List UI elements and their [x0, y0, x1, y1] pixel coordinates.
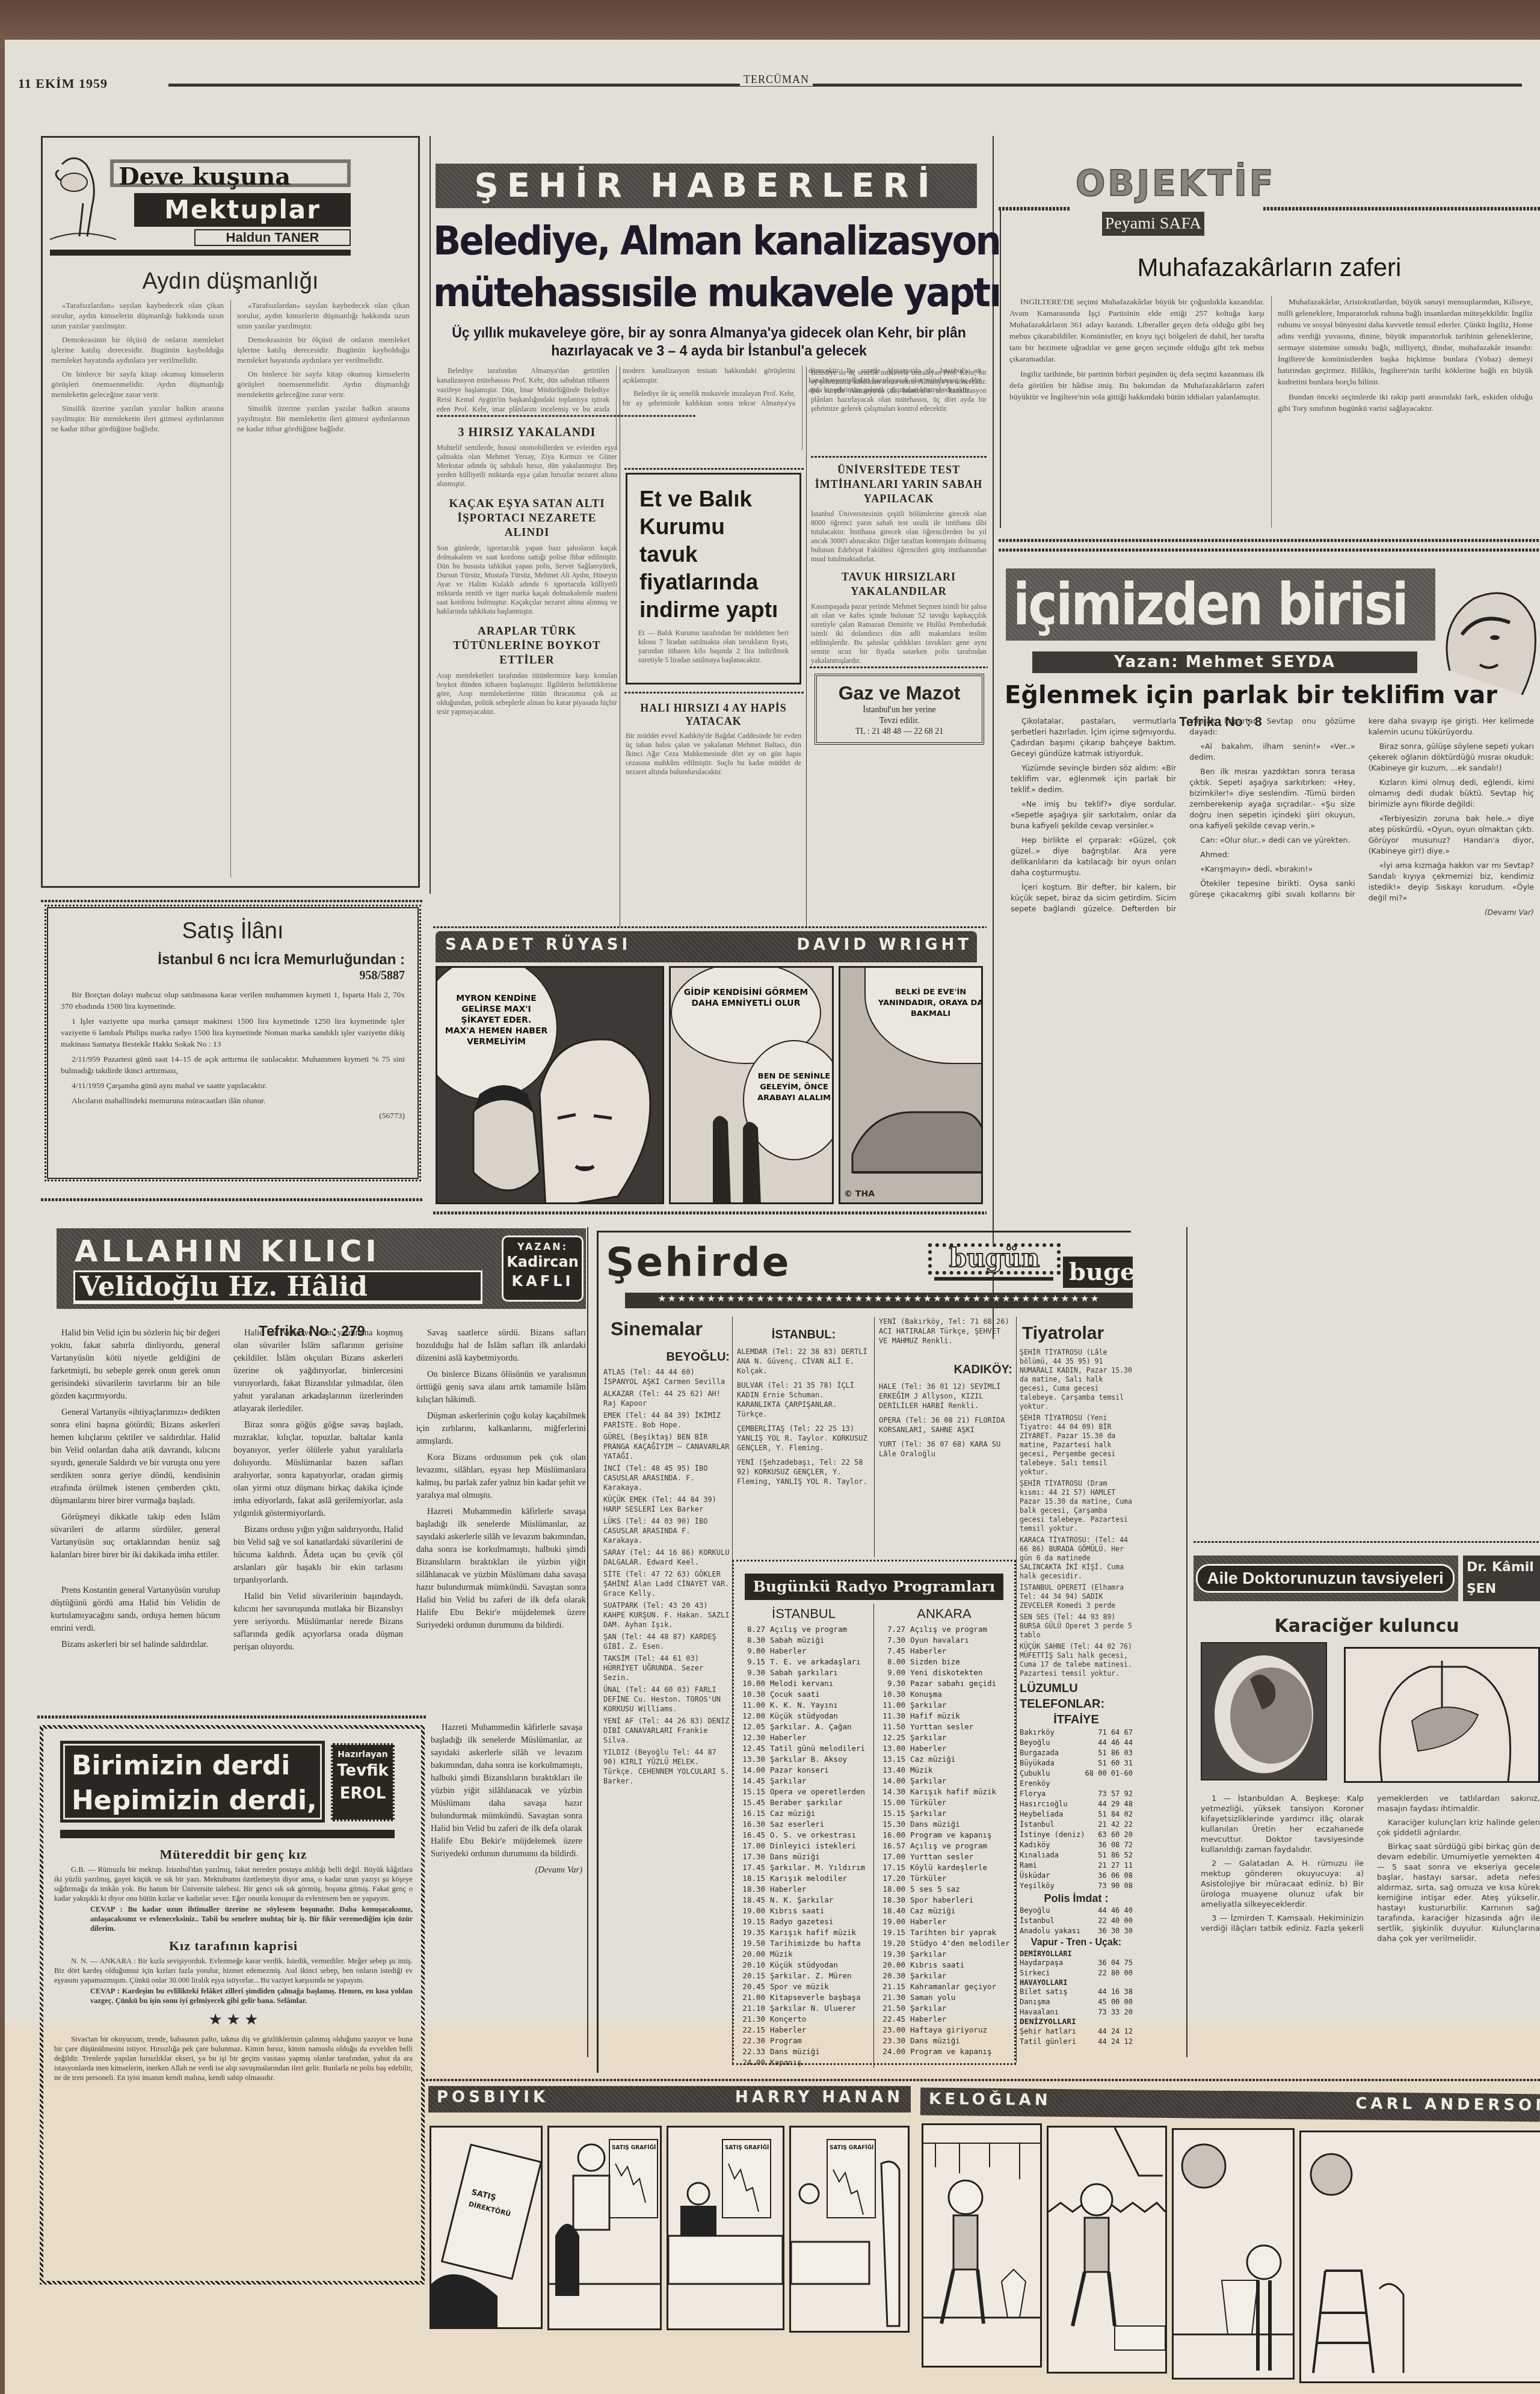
program-time: 22.33 — [736, 2046, 765, 2057]
district-heading: İSTANBUL: — [737, 1323, 870, 1347]
program-time: 9.00 — [876, 1667, 905, 1678]
box-headline: Et ve Balık Kurumu tavuk fiyatlarında in… — [627, 475, 799, 629]
office-scene-icon: SATIŞ GRAFİĞİ — [791, 2128, 908, 2331]
phone-row: Hasırcıoğlu44 29 48 — [1020, 1799, 1133, 1809]
program-time: 19.30 — [876, 1949, 905, 1960]
program-name: Müzik — [910, 1765, 933, 1776]
radio-program-row: 14.45Şarkılar — [736, 1776, 871, 1786]
cinema-entry: ATLAS (Tel: 44 44 60) İSPANYOL AŞKI Carm… — [603, 1367, 730, 1386]
program-time: 7.30 — [876, 1635, 905, 1646]
lead-headline-line: Belediye, Alman kanalizasyon — [433, 215, 942, 267]
radio-program-row: 17.20Türküler — [876, 1873, 1012, 1884]
cinema-entry: ÜNAL (Tel: 44 60 03) FARLI DEFİNE Cu. He… — [603, 1685, 730, 1714]
keloglan-ladder-icon — [1301, 2132, 1539, 2383]
keloglan-basket-icon — [1174, 2130, 1293, 2378]
program-time: 9.00 — [736, 1646, 765, 1657]
program-name: Çocuk saati — [770, 1689, 820, 1700]
paragraph: Bir Borçtan dolayı mahcuz olup satılması… — [61, 989, 405, 1012]
radio-ankara: ANKARA 7.27Açılış ve program7.30Oyun hav… — [874, 1604, 1014, 2068]
radio-program-row: 12.00Küçük stüdyodan — [736, 1711, 871, 1722]
radio-program-row: 8.27Açılış ve program — [736, 1624, 871, 1635]
district-heading: KADIKÖY: — [879, 1358, 1012, 1382]
hali-hirsizi-story: HALI HIRSIZI 4 AY HAPİS YATACAK Bir müdd… — [626, 697, 801, 777]
story-body: Son günlerde, işportacılık yapan bazı şa… — [437, 544, 617, 616]
program-name: Şarkılar — [910, 1971, 946, 1981]
program-name: Haberler — [770, 1646, 806, 1657]
program-name: Yurttan sesler — [910, 1851, 973, 1862]
program-time: 17.20 — [876, 1873, 905, 1884]
phone-number: 36 06 08 — [1098, 1871, 1133, 1881]
program-name: Şarkılar — [770, 1776, 806, 1786]
comic-panel — [1047, 2126, 1167, 2374]
phone-row: Burgazada51 86 03 — [1020, 1748, 1133, 1758]
theatre-entry: ŞEHİR TİYATROSU (Lâle bölümü, 44 35 95) … — [1020, 1348, 1133, 1411]
radio-schedule: 8.27Açılış ve program8.30Sabah müziği9.0… — [736, 1624, 871, 2068]
phones-heading: LÜZUMLU TELEFONLAR: — [1020, 1681, 1133, 1712]
program-time: 16.45 — [736, 1830, 765, 1841]
program-name: Yurttan sesler — [910, 1722, 973, 1732]
gaz-mazot-ad: Gaz ve Mazot İstanbul'un her yerine Tevz… — [815, 674, 984, 745]
program-name: Şarkılar — [910, 1949, 946, 1960]
phone-label: Bakırköy — [1020, 1728, 1055, 1738]
paragraph: Halid bin Velid ve onun yardımına koşmuş… — [233, 1327, 403, 1415]
radio-program-row: 17.00Dinleyici istekleri — [736, 1841, 871, 1851]
column-rule — [806, 367, 807, 926]
theatre-entry: KARACA TİYATROSU: (Tel: 44 66 86) BURADA… — [1020, 1536, 1133, 1581]
program-time: 18.30 — [736, 1884, 765, 1895]
air-heading: HAVAYOLLARI — [1020, 1978, 1133, 1987]
program-time: 12.25 — [876, 1732, 905, 1743]
program-name: Şarkılar B. Aksoy — [770, 1754, 847, 1765]
serial-headline: Eğlenmek için parlak bir teklifim var — [1005, 680, 1540, 710]
phone-label: Üsküdar — [1020, 1871, 1050, 1881]
phone-row: Şehir hatları44 24 12 — [1020, 2026, 1133, 2037]
radio-program-row: 21.00Kitapseverle başbaşa — [736, 1992, 871, 2003]
prepared-by-box: Hazırlayan Tevfik EROL — [331, 1743, 395, 1821]
program-name: Haberler — [770, 1732, 806, 1743]
cinema-entry: HALE (Tel: 36 01 12) SEVİMLİ ERKEĞİM J A… — [879, 1382, 1012, 1411]
paragraph: Muhafazakârlar, Aristokratlardan, büyük … — [1278, 296, 1533, 387]
program-name: Dans müziği — [910, 1819, 960, 1830]
phone-row: Tatil günleri44 24 12 — [1020, 2037, 1133, 2047]
section-banner-label: ŞEHİR HABERLERİ — [436, 164, 977, 208]
program-name: Şarkılar — [910, 1700, 946, 1711]
radio-program-row: 20.10Küçük stüdyodan — [736, 1960, 871, 1971]
radio-program-row: 16.15Caz müziği — [736, 1808, 871, 1819]
radio-program-row: 13.40Müzik — [876, 1765, 1012, 1776]
program-name: Sabah şarkıları — [770, 1667, 838, 1678]
ad-reference: (56773) — [61, 1110, 405, 1121]
program-name: Kıbrıs saati — [770, 1906, 824, 1916]
radio-program-row: 20.00Kıbrıs saati — [876, 1960, 1012, 1971]
ad-title: Satış İlânı — [46, 917, 419, 945]
program-name: Pazar konseri — [770, 1765, 829, 1776]
theatre-entry: ŞEHİR TİYATROSU (Dram kısmı: 44 21 57) H… — [1020, 1479, 1133, 1533]
radio-program-row: 19.00Haberler — [876, 1916, 1012, 1927]
article-headline: Muhafazakârların zaferi — [999, 253, 1540, 283]
radio-program-row: 18.45N. K. Şarkılar — [736, 1895, 871, 1906]
radio-program-row: 16.30Saz eserleri — [736, 1819, 871, 1830]
phone-number: 36 04 75 — [1098, 1958, 1133, 1968]
radio-program-row: 18.30Haberler — [736, 1884, 871, 1895]
serial-title: ALLAHIN KILICI — [75, 1233, 380, 1269]
program-name: Radyo gazetesi — [770, 1916, 833, 1927]
paragraph: Can: «Olur olur..» dedi can ve yürekten. — [1189, 835, 1355, 846]
program-name: Açılış ve program — [910, 1841, 987, 1851]
column-header: Deve kuşuna Mektuplar Haldun TANER — [50, 152, 410, 248]
program-name: Dans müziği — [770, 1851, 820, 1862]
program-time: 24.00 — [736, 2057, 765, 2068]
phone-label: Beyoğlu — [1020, 1738, 1050, 1748]
radio-schedule: 7.27Açılış ve program7.30Oyun havaları7.… — [876, 1624, 1012, 2057]
ad-title: Gaz ve Mazot — [817, 681, 982, 705]
fire-dept-heading: İTFAİYE — [1020, 1712, 1133, 1728]
program-name: T. E. ve arkadaşları — [770, 1657, 861, 1667]
radio-program-row: 10.00Melodi kervanı — [736, 1678, 871, 1689]
program-name: Şarkılar — [910, 1732, 946, 1743]
paragraph: Sinsilik üzerine yazılan yazılar halkın … — [237, 403, 410, 434]
cinema-entry: YILDIZ (Beyoğlu Tel: 44 87 90) KIRLI YÜZ… — [603, 1747, 730, 1786]
news-column-left: 3 HIRSIZ YAKALANDI Muhtelif semtlerde, h… — [437, 421, 617, 926]
phone-row: Üsküdar36 06 08 — [1020, 1871, 1133, 1881]
paragraph: Biraz sonra göğüs göğse savaş başladı, m… — [233, 1419, 403, 1520]
story-headline: 3 HIRSIZ YAKALANDI — [437, 426, 617, 440]
program-name: Küçük stüdyodan — [770, 1711, 838, 1722]
program-time: 8.30 — [736, 1635, 765, 1646]
office-desk-icon: SATIŞ GRAFİĞİ — [668, 2128, 783, 2328]
phone-number: 51 84 02 — [1098, 1809, 1133, 1820]
paragraph: İngiliz tarihinde, bir partinin birbiri … — [1009, 368, 1264, 402]
transport-heading: Vapur - Tren - Uçak: — [1020, 1936, 1133, 1949]
program-time: 14.30 — [876, 1786, 905, 1797]
paragraph: Biraz sonra, gülüşe söylene sepeti yukar… — [1369, 741, 1534, 774]
paragraph: Sinsilik üzerine yazılan yazılar halkın … — [51, 403, 224, 434]
phone-label: Danışma — [1020, 1997, 1050, 2007]
radio-program-row: 19.30Şarkılar — [876, 1949, 1012, 1960]
comic-title: POSBIYIK — [437, 2088, 549, 2106]
comic-artist: DAVID WRIGHT — [796, 936, 972, 954]
program-name: Dans müziği — [770, 2046, 820, 2057]
theatre-entry: İSTANBUL OPERETİ (Elhamra Tel: 44 34 94)… — [1020, 1583, 1133, 1610]
program-time: 16.00 — [876, 1830, 905, 1841]
program-name: Caz müziği — [910, 1754, 955, 1765]
paragraph: «İyi ama kızmağa hakkın var mı Sevtap? S… — [1369, 860, 1534, 903]
prepared-by-label: Hazırlayan — [333, 1750, 393, 1759]
car-illustration-icon — [840, 1082, 983, 1202]
serial-body: Halid bin Velid için bu sözlerin hiç bir… — [51, 1327, 586, 1712]
program-time: 18.45 — [736, 1895, 765, 1906]
phone-row: Kadıköy36 08 72 — [1020, 1840, 1133, 1850]
program-name: Saz eserleri — [770, 1819, 824, 1830]
program-time: 14.45 — [736, 1776, 765, 1786]
program-name: 5 ses 5 saz — [910, 1884, 960, 1895]
comic-title: SAADET RÜYASI — [445, 936, 631, 954]
article-headline: Aydın düşmanlığı — [43, 269, 418, 295]
phone-row: Anadolu yakası36 30 30 — [1020, 1926, 1133, 1936]
phone-row: Beyoğlu44 46 44 — [1020, 1738, 1133, 1748]
comic-panel: BELKİ DE EVE'İN YANINDADIR, ORAYA DA BAK… — [839, 966, 983, 1204]
program-name: Dans müziği — [910, 2036, 960, 2046]
sea-heading: DENİZYOLLARI — [1020, 2017, 1133, 2026]
phone-label: Anadolu yakası — [1020, 1926, 1080, 1936]
paragraph: «Karışmayın» dedi, «bırakın!» — [1189, 864, 1355, 875]
story-body: Arap memleketleri tarafından tütünlerimi… — [437, 671, 617, 716]
radio-program-row: 19.50Tarihimizde bu hafta — [736, 1938, 871, 1949]
police-heading: Polis İmdat : — [1020, 1891, 1133, 1906]
paragraph: 1 — İstanbuldan A. Beşkeşe: Kalp yetmezl… — [1201, 1794, 1364, 1855]
phone-label: Kadıköy — [1020, 1840, 1050, 1850]
paragraph: Çikolatalar, pastaları, vermutlarla şerb… — [1011, 716, 1176, 759]
program-time: 9.30 — [876, 1678, 905, 1689]
svg-text:SATIŞ GRAFİĞİ: SATIŞ GRAFİĞİ — [830, 2144, 873, 2151]
program-time: 7.27 — [876, 1624, 905, 1635]
program-name: Haftaya giriyoruz — [910, 2025, 987, 2036]
theatre-entry: SEN SES (Tel: 44 93 89) BURSA GÜLÜ Opere… — [1020, 1613, 1133, 1640]
program-name: Pazar sabahı geçidi — [910, 1678, 996, 1689]
masthead-rule — [168, 84, 1522, 87]
comic-title: KELOĞLAN — [929, 2090, 1052, 2109]
radio-program-row: 22.45Haberler — [876, 2014, 1012, 2025]
radio-program-row: 18.005 ses 5 saz — [876, 1884, 1012, 1895]
serial-banner: ALLAHIN KILICI Velidoğlu Hz. Hâlid YAZAN… — [57, 1228, 586, 1309]
cinema-list: ALEMDAR (Tel: 22 38 83) DERTLİ ANA N. Gü… — [737, 1347, 870, 1486]
paragraph: Halid bin Velid süvarilerinin başındaydı… — [233, 1590, 403, 1654]
program-name: Program — [770, 2036, 802, 2046]
phone-label: Bilet satış — [1020, 1987, 1067, 1997]
program-name: Beraber şarkılar — [770, 1797, 842, 1808]
program-name: O. S. ve orkestrası — [770, 1830, 856, 1841]
listings-title: Şehirde — [606, 1239, 790, 1287]
keloglan-fence-icon — [1049, 2128, 1165, 2372]
program-time: 19.00 — [876, 1916, 905, 1927]
cinema-entry: LÜKS (Tel: 44 03 90) İBO CASUSLAR ARASIN… — [603, 1516, 730, 1545]
radio-program-row: 13.30Şarkılar B. Aksoy — [736, 1754, 871, 1765]
cinema-entry: YURT (Tel: 36 07 68) KARA SU Lâle Oraloğ… — [879, 1439, 1012, 1459]
issue-date: 11 EKİM 1959 — [18, 76, 108, 91]
phone-number: 22 80 00 — [1098, 1968, 1133, 1978]
phone-number: 71 64 67 — [1098, 1728, 1133, 1738]
program-name: Sabah müziği — [770, 1635, 824, 1646]
column-rule — [874, 1317, 875, 1557]
radio-program-row: 16.00Program ve kapanış — [876, 1830, 1012, 1841]
phone-label: Çubuklu — [1020, 1768, 1050, 1779]
radio-program-row: 14.00Pazar konseri — [736, 1765, 871, 1776]
phone-row: Büyükada51 60 31 — [1020, 1758, 1133, 1768]
radio-program-row: 19.15Radyo gazetesi — [736, 1916, 871, 1927]
story-body: Kasımpaşada pazar yerinde Mehmet Seçmen … — [811, 602, 987, 665]
comic-panel: SATIŞ DİREKTÖRÜ — [430, 2126, 543, 2329]
radio-station-label: İSTANBUL — [736, 1604, 871, 1624]
radio-program-row: 12.30Haberler — [736, 1732, 871, 1743]
radio-program-row: 24.00Program ve kapanış — [876, 2046, 1012, 2057]
phone-number: 68 00 01-60 — [1085, 1768, 1133, 1779]
phone-label: Kınalıada — [1020, 1850, 1059, 1860]
paragraph: 4/11/1959 Çarşamba günü aynı mahal ve sa… — [61, 1080, 405, 1091]
program-time: 7.45 — [876, 1646, 905, 1657]
radio-program-row: 9.30Pazar sabahı geçidi — [876, 1678, 1012, 1689]
phone-row: İstanbul21 42 22 — [1020, 1820, 1133, 1830]
letters: Mütereddit bir genç kız G.B. — Rümuzlu b… — [54, 1844, 413, 2082]
comic-panel: SATIŞ GRAFİĞİ — [667, 2126, 784, 2330]
program-time: 20.30 — [876, 1971, 905, 1981]
cinema-entry: TAKSİM (Tel: 44 61 03) HÜRRİYET UĞRUNDA.… — [603, 1654, 730, 1682]
paragraph: Prens Kostantin general Vartanyüsün vuru… — [51, 1584, 220, 1635]
program-name: Şarkılar. Z. Müren — [770, 1971, 851, 1981]
letter-answer: CEVAP : Bu kadar uzun ihtimaller üzerine… — [54, 1904, 413, 1933]
letter-answer: CEVAP : Kardeşim bu evlilikteki felâket … — [54, 1986, 413, 2005]
program-name: Şarkılar. A. Çağan — [770, 1722, 851, 1732]
column-rule — [1186, 1227, 1187, 2057]
program-time: 19.15 — [736, 1916, 765, 1927]
phone-label: Burgazada — [1020, 1748, 1059, 1758]
ad-line: Tevzi edilir. — [817, 716, 982, 727]
continued-note: (Devamı Var) — [1369, 907, 1534, 918]
cinema-list: YENİ (Bakırköy, Tel: 71 68 26) ACI HATIR… — [879, 1317, 1012, 1346]
phone-label: İstinye (deniz) — [1020, 1830, 1085, 1840]
comic-artist: CARL ANDERSON — [1355, 2094, 1540, 2114]
paragraph: Ben ilk mısraı yazdıktan sonra terasa çı… — [1189, 766, 1355, 831]
paragraph: 2/11/959 Pazartesi günü saat 14–15 de aç… — [61, 1053, 405, 1076]
comic-panel: MYRON KENDİNE GELİRSE MAX'I ŞİKAYET EDER… — [436, 966, 664, 1204]
column-banner: Aile Doktorunuzun tavsiyeleri — [1193, 1555, 1458, 1601]
column-title-line2: Mektuplar — [134, 193, 351, 227]
radio-program-row: 20.30Şarkılar — [876, 1971, 1012, 1981]
column-title: Aile Doktorunuzun tavsiyeleri — [1196, 1564, 1455, 1593]
serial-banner: içimizden birisi — [1006, 568, 1435, 641]
program-time: 11.00 — [736, 1700, 765, 1711]
liver-illustration — [1201, 1642, 1327, 1780]
phone-row: Danışma45 00 00 — [1020, 1997, 1133, 2007]
continued-note: (Devamı Var) — [431, 1864, 582, 1877]
divider — [426, 2079, 1540, 2081]
program-name: Kapanış — [770, 2057, 802, 2068]
phone-row: Erenköy — [1020, 1779, 1133, 1789]
paragraph: On binlerce bir sayfa kitap okumuş kimse… — [237, 369, 410, 399]
cinemas-column-1: Sinemalar BEYOĞLU: ATLAS (Tel: 44 44 60)… — [603, 1317, 730, 1788]
program-time: 22.30 — [736, 2036, 765, 2046]
phone-label: Rami — [1020, 1860, 1037, 1871]
cinema-entry: EMEK (Tel: 44 84 39) İKİMİZ PARİSTE. Bob… — [603, 1411, 730, 1430]
program-time: 15.30 — [876, 1819, 905, 1830]
cinema-entry: YENİ AF (Tel: 44 26 83) DENİZ DİBİ CANAV… — [603, 1716, 730, 1745]
radio-program-row: 12.25Şarkılar — [876, 1732, 1012, 1743]
paragraph: Birkaç saat sürdüğü gibi birkaç gün de d… — [1377, 1842, 1540, 1944]
radio-program-row: 14.00Şarkılar — [876, 1776, 1012, 1786]
paragraph: Hazreti Muhammedin kâfirlerle savaşa baş… — [431, 1722, 582, 1860]
program-time: 14.00 — [876, 1776, 905, 1786]
program-time: 11.50 — [876, 1722, 905, 1732]
radio-program-row: 21.30Konçerto — [736, 2014, 871, 2025]
cinema-entry: ŞAN (Tel: 44 48 87) KARDEŞ GİBİ. Z. Esen… — [603, 1632, 730, 1651]
program-time: 13.15 — [876, 1754, 905, 1765]
radio-columns: İSTANBUL 8.27Açılış ve program8.30Sabah … — [734, 1604, 1014, 2068]
divider — [624, 468, 805, 470]
radio-program-row: 9.30Sabah şarkıları — [736, 1667, 871, 1678]
program-name: Caz müziği — [770, 1808, 815, 1819]
program-time: 20.10 — [736, 1960, 765, 1971]
program-time: 19.50 — [736, 1938, 765, 1949]
radio-program-row: 17.45Şarkılar. M. Yıldırım — [736, 1862, 871, 1873]
story-body: İstanbul Üniversitesinin çeşitli bölümle… — [811, 509, 987, 564]
paragraph: Demokrasinin bir ölçüsü de onların memle… — [237, 334, 410, 365]
radio-program-row: 17.15Köylü kardeşlerle — [876, 1862, 1012, 1873]
radio-program-row: 9.00Yeni diskotekten — [876, 1667, 1012, 1678]
radio-program-row: 18.30Spor haberleri — [876, 1895, 1012, 1906]
comic-panel: SATIŞ GRAFİĞİ — [789, 2126, 910, 2333]
ad-phones: TL : 21 48 48 — 22 68 21 — [817, 727, 982, 737]
radio-programs: Bugünkü Radyo Programları İSTANBUL 8.27A… — [732, 1560, 1016, 2065]
ostrich-icon — [50, 152, 116, 242]
letter-question: G.B. — Rümuzlu bir mektup. İstanbul'dan … — [54, 1865, 413, 1903]
comic-panel — [1172, 2128, 1295, 2380]
program-time: 16.15 — [736, 1808, 765, 1819]
theatre-entry: ŞEHİR TİYATROSU (Yeni Tiyatro: 44 04 09)… — [1020, 1414, 1133, 1477]
program-name: N. K. Şarkılar — [770, 1895, 833, 1906]
phone-number: 73 33 20 — [1098, 2007, 1133, 2017]
divider — [41, 900, 423, 902]
program-name: Stüdyo 4'den melodiler — [910, 1938, 1010, 1949]
prepared-by-last: EROL — [333, 1782, 393, 1805]
program-name: Program ve kapanış — [910, 2046, 991, 2057]
cinema-entry: GÜREL (Beşiktaş) BEN BİR PRANGA KAÇAĞIYI… — [603, 1432, 730, 1461]
radio-program-row: 22.33Dans müziği — [736, 2046, 871, 2057]
two-figures-illustration-icon — [707, 1104, 779, 1204]
listings-tag-underline — [934, 1277, 1053, 1281]
program-name: Haberler — [770, 2025, 806, 2036]
radio-program-row: 16.45O. S. ve orkestrası — [736, 1830, 871, 1841]
box-body: Et — Balık Kurumu tarafından bir müddett… — [627, 629, 799, 665]
program-name: Dinleyici istekleri — [770, 1841, 856, 1851]
column-header: Birimizin derdi Hepimizin derdi, — [60, 1741, 325, 1823]
program-name: Caz müziği — [910, 1906, 955, 1916]
paragraph: Bizans askerleri bir sel halinde saldırd… — [51, 1639, 220, 1651]
program-time: 9.30 — [736, 1667, 765, 1678]
paragraph: Görüşmeyi dikkatle takip eden İslâm süva… — [51, 1511, 220, 1562]
radio-program-row: 9.00Haberler — [736, 1646, 871, 1657]
program-time: 17.30 — [736, 1851, 765, 1862]
radio-program-row: 21.50Şarkılar — [876, 2003, 1012, 2014]
copyright-label: © THA — [844, 1189, 875, 1199]
program-name: Tarihimizde bu hafta — [770, 1938, 861, 1949]
serial-title: içimizden birisi — [1006, 568, 1371, 641]
comic-header: POSBIYIK HARRY HANAN — [428, 2086, 911, 2112]
program-time: 18.40 — [876, 1906, 905, 1916]
paragraph: On binlerce Bizans ölüsünün ve yaralısın… — [416, 1368, 586, 1406]
radio-program-row: 11.00Şarkılar — [876, 1700, 1012, 1711]
paragraph: Bizans ordusu yığın yığın saldırıyordu, … — [233, 1524, 403, 1587]
program-time: 18.15 — [736, 1873, 765, 1884]
radio-program-row: 18.15Karışık melodiler — [736, 1873, 871, 1884]
radio-program-row: 17.00Yurttan sesler — [876, 1851, 1012, 1862]
program-name: Köylü kardeşlerle — [910, 1862, 987, 1873]
birimizin-derdi-column: Birimizin derdi Hepimizin derdi, Hazırla… — [40, 1725, 425, 2285]
cinema-entry: ÇEMBERLİTAŞ (Tel: 22 25 13) YANLIŞ YOL R… — [737, 1424, 870, 1453]
column-author: Dr. Kâmil ŞEN — [1463, 1555, 1540, 1601]
serial-byline: Yazan: Mehmet SEYDA — [1032, 651, 1417, 673]
radio-program-row: 16.57Açılış ve program — [876, 1841, 1012, 1851]
program-name: Spor ve müzik — [770, 1981, 829, 1992]
program-name: Şarkılar — [910, 1808, 946, 1819]
radio-program-row: 24.00Kapanış — [736, 2057, 871, 2068]
author-label: YAZAN: — [504, 1241, 582, 1252]
paragraph: Bundan önceki seçimlerde iki rakip parti… — [1278, 391, 1533, 414]
letter-question: N. N. — ANKARA : Bir kızla sevişiyorduk.… — [54, 1956, 413, 1985]
radio-program-row: 8.00Sizden bize — [876, 1657, 1012, 1667]
program-time: 20.15 — [736, 1971, 765, 1981]
divider — [1193, 1541, 1540, 1543]
program-time: 10.00 — [736, 1678, 765, 1689]
speech-bubble: BELKİ DE EVE'İN YANINDADIR, ORAYA DA BAK… — [864, 966, 983, 1064]
